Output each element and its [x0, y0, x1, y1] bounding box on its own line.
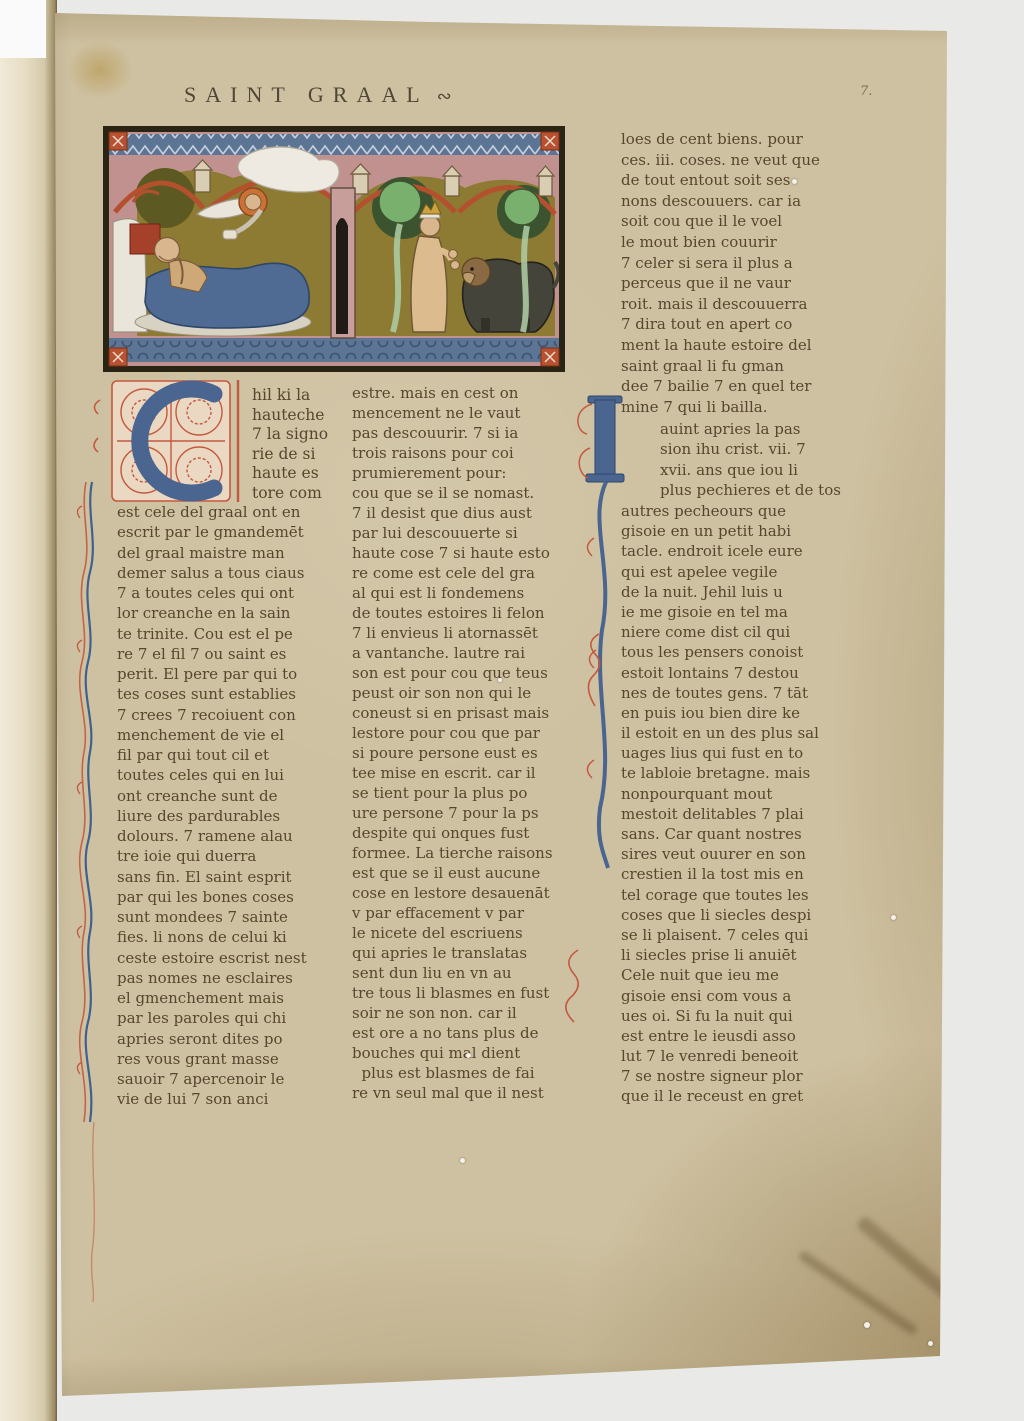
lion-icon	[462, 258, 559, 332]
text-line: uages lius qui fust en to	[621, 744, 873, 764]
text-line: peust oir son non qui le	[352, 684, 580, 704]
text-line: 7 celer si sera il plus a	[621, 254, 871, 275]
text-line: rie de si	[252, 445, 352, 465]
text-line: ie me gisoie en tel ma	[621, 603, 873, 623]
previous-folio-edge	[0, 0, 57, 1421]
text-line: 7 crees 7 recoiuent con	[117, 706, 339, 726]
parchment-hole	[460, 1158, 465, 1163]
text-line: ues oi. Si fu la nuit qui	[621, 1007, 873, 1027]
text-line: mine 7 qui li bailla.	[621, 398, 871, 419]
text-line: escrit par le gmandemēt	[117, 523, 339, 543]
text-line: tee mise en escrit. car il	[352, 764, 580, 784]
text-line: al qui est li fondemens	[352, 584, 580, 604]
text-line: coneust si en prisast mais	[352, 704, 580, 724]
text-line: tore com	[252, 484, 352, 504]
text-line: plus est blasmes de fai	[352, 1064, 580, 1084]
text-line: prumierement pour:	[352, 464, 580, 484]
text-line: tre ioie qui duerra	[117, 847, 339, 867]
text-line: perit. El pere par qui to	[117, 665, 339, 685]
text-line: mestoit delitables 7 plai	[621, 805, 873, 825]
text-line: en puis iou bien dire ke	[621, 704, 873, 724]
margin-ornament-tail	[86, 1122, 102, 1302]
parchment-hole	[498, 678, 502, 682]
penwork-flourish	[578, 404, 596, 778]
column-left-intro: hil ki lahauteche7 la signorie de sihaut…	[252, 386, 352, 504]
text-line: de tout entout soit ses	[621, 171, 871, 192]
text-line: tre tous li blasmes en fust	[352, 984, 580, 1004]
text-line: perceus que il ne vaur	[621, 274, 871, 295]
text-line: te trinite. Cou est el pe	[117, 625, 339, 645]
text-line: gisoie en un petit habi	[621, 522, 873, 542]
text-line: del graal maistre man	[117, 544, 339, 564]
text-line: nons descouuers. car ia	[621, 192, 871, 213]
text-line: te labloie bretagne. mais	[621, 764, 873, 784]
parchment-hole	[891, 915, 896, 920]
column-right-top: loes de cent biens. pources. iii. coses.…	[621, 130, 871, 418]
text-line: cose en lestore desauenāt	[352, 884, 580, 904]
text-line: dee 7 bailie 7 en quel ter	[621, 377, 871, 398]
text-line: nonpourquant mout	[621, 785, 873, 805]
text-line: sires veut ouurer en son	[621, 845, 873, 865]
title-flourish: ∾	[429, 86, 452, 106]
text-line: se li plaisent. 7 celes qui	[621, 926, 873, 946]
text-line: sion ihu crist. vii. 7	[660, 440, 872, 460]
text-line: crestien il la tost mis en	[621, 865, 873, 885]
text-line: hauteche	[252, 406, 352, 426]
column-right-main: autres pecheours quegisoie en un petit h…	[621, 502, 873, 1108]
text-line: coses que li siecles despi	[621, 906, 873, 926]
parchment-page: SAINT GRAAL∾ 7.	[0, 0, 1024, 1421]
text-line: il estoit en un des plus sal	[621, 724, 873, 744]
column-middle: estre. mais en cest onmencement ne le va…	[352, 384, 580, 1104]
parchment-hole	[928, 1341, 933, 1346]
text-line: xvii. ans que iou li	[660, 461, 872, 481]
text-line: est que se il eust aucune	[352, 864, 580, 884]
text-line: haute es	[252, 464, 352, 484]
text-line: lor creanche en la sain	[117, 604, 339, 624]
text-line: lestore pour cou que par	[352, 724, 580, 744]
text-line: li siecles prise li anuiēt	[621, 946, 873, 966]
stain-streak	[856, 1215, 957, 1303]
column-right-beside-initial: auint apries la passion ihu crist. vii. …	[660, 420, 872, 502]
manuscript-scan: SAINT GRAAL∾ 7.	[0, 0, 1024, 1421]
parchment-hole	[792, 179, 797, 184]
text-line: le nicete del escriuens	[352, 924, 580, 944]
text-line: que il le receust en gret	[621, 1087, 873, 1107]
text-line: nes de toutes gens. 7 tāt	[621, 684, 873, 704]
text-line: saint graal li fu gman	[621, 357, 871, 378]
miniature-painting	[103, 126, 565, 372]
text-line: sans. Car quant nostres	[621, 825, 873, 845]
text-line: tes coses sunt establies	[117, 685, 339, 705]
text-line: fies. li nons de celui ki	[117, 928, 339, 948]
text-line: par lui descouuerte si	[352, 524, 580, 544]
text-line: fil par qui tout cil et	[117, 746, 339, 766]
text-line: son est pour cou que teus	[352, 664, 580, 684]
text-line: tel corage que toutes les	[621, 886, 873, 906]
text-line: ure persone 7 pour la ps	[352, 804, 580, 824]
text-line: de la nuit. Jehil luis u	[621, 583, 873, 603]
text-line: re come est cele del gra	[352, 564, 580, 584]
text-line: re vn seul mal que il nest	[352, 1084, 580, 1104]
text-line: trois raisons pour coi	[352, 444, 580, 464]
text-line: 7 li envieus li atornassēt	[352, 624, 580, 644]
text-line: si poure persone eust es	[352, 744, 580, 764]
text-line: 7 dira tout en apert co	[621, 315, 871, 336]
text-line: niere come dist cil qui	[621, 623, 873, 643]
text-line: est ore a no tans plus de	[352, 1024, 580, 1044]
parchment-hole	[466, 1053, 471, 1058]
text-line: pas descouurir. 7 si ia	[352, 424, 580, 444]
illuminated-initial-C	[92, 378, 250, 506]
text-line: vie de lui 7 son anci	[117, 1090, 339, 1110]
text-line: ment la haute estoire del	[621, 336, 871, 357]
text-line: estre. mais en cest on	[352, 384, 580, 404]
text-line: apries seront dites po	[117, 1030, 339, 1050]
text-line: toutes celes qui en lui	[117, 766, 339, 786]
text-line: re 7 el fil 7 ou saint es	[117, 645, 339, 665]
parchment-hole	[864, 1322, 870, 1328]
text-line: estoit lontains 7 destou	[621, 664, 873, 684]
text-line: est entre le ieusdi asso	[621, 1027, 873, 1047]
folio-number: 7.	[860, 84, 872, 99]
page-title: SAINT GRAAL∾	[184, 82, 452, 108]
text-line: ont creanche sunt de	[117, 787, 339, 807]
text-line: a vantanche. lautre rai	[352, 644, 580, 664]
text-line: liure des pardurables	[117, 807, 339, 827]
text-line: autres pecheours que	[621, 502, 873, 522]
text-line: gisoie ensi com vous a	[621, 987, 873, 1007]
initial-letter-I	[586, 396, 624, 482]
text-line: 7 la signo	[252, 425, 352, 445]
text-line: sans fin. El saint esprit	[117, 868, 339, 888]
miniature-pillar	[331, 188, 355, 338]
text-line: plus pechieres et de tos	[660, 481, 872, 501]
backing-paper	[0, 0, 46, 58]
text-line: ces. iii. coses. ne veut que	[621, 151, 871, 172]
column-left: est cele del graal ont enescrit par le g…	[117, 503, 339, 1111]
text-line: ceste estoire escrist nest	[117, 949, 339, 969]
text-line: auint apries la pas	[660, 420, 872, 440]
text-line: sent dun liu en vn au	[352, 964, 580, 984]
text-line: qui est apelee vegile	[621, 563, 873, 583]
text-line: pas nomes ne esclaires	[117, 969, 339, 989]
text-line: se tient pour la plus po	[352, 784, 580, 804]
text-line: 7 se nostre signeur plor	[621, 1067, 873, 1087]
text-line: roit. mais il descouuerra	[621, 295, 871, 316]
text-line: soir ne son non. car il	[352, 1004, 580, 1024]
text-line: de toutes estoires li felon	[352, 604, 580, 624]
margin-ornament-bar	[76, 482, 102, 1122]
text-line: menchement de vie el	[117, 726, 339, 746]
text-line: 7 a toutes celes qui ont	[117, 584, 339, 604]
text-line: mencement ne le vaut	[352, 404, 580, 424]
text-line: despite qui onques fust	[352, 824, 580, 844]
text-line: res vous grant masse	[117, 1050, 339, 1070]
text-line: Cele nuit que ieu me	[621, 966, 873, 986]
text-line: v par effacement v par	[352, 904, 580, 924]
text-line: 7 il desist que dius aust	[352, 504, 580, 524]
text-line: formee. La tierche raisons	[352, 844, 580, 864]
text-line: lut 7 le venredi beneoit	[621, 1047, 873, 1067]
text-line: demer salus a tous ciaus	[117, 564, 339, 584]
text-line: soit cou que il le voel	[621, 212, 871, 233]
text-line: el gmenchement mais	[117, 989, 339, 1009]
text-line: sunt mondees 7 sainte	[117, 908, 339, 928]
text-line: sauoir 7 apercenoir le	[117, 1070, 339, 1090]
text-line: loes de cent biens. pour	[621, 130, 871, 151]
text-line: haute cose 7 si haute esto	[352, 544, 580, 564]
text-line: tacle. endroit icele eure	[621, 542, 873, 562]
text-line: par les paroles qui chi	[117, 1009, 339, 1029]
margin-squiggle-icon	[585, 632, 607, 708]
text-line: le mout bien couurir	[621, 233, 871, 254]
text-line: hil ki la	[252, 386, 352, 406]
text-line: dolours. 7 ramene alau	[117, 827, 339, 847]
text-line: qui apries le translatas	[352, 944, 580, 964]
text-line: cou que se il se nomast.	[352, 484, 580, 504]
text-line: est cele del graal ont en	[117, 503, 339, 523]
text-line: tous les pensers conoist	[621, 643, 873, 663]
text-line: par qui les bones coses	[117, 888, 339, 908]
